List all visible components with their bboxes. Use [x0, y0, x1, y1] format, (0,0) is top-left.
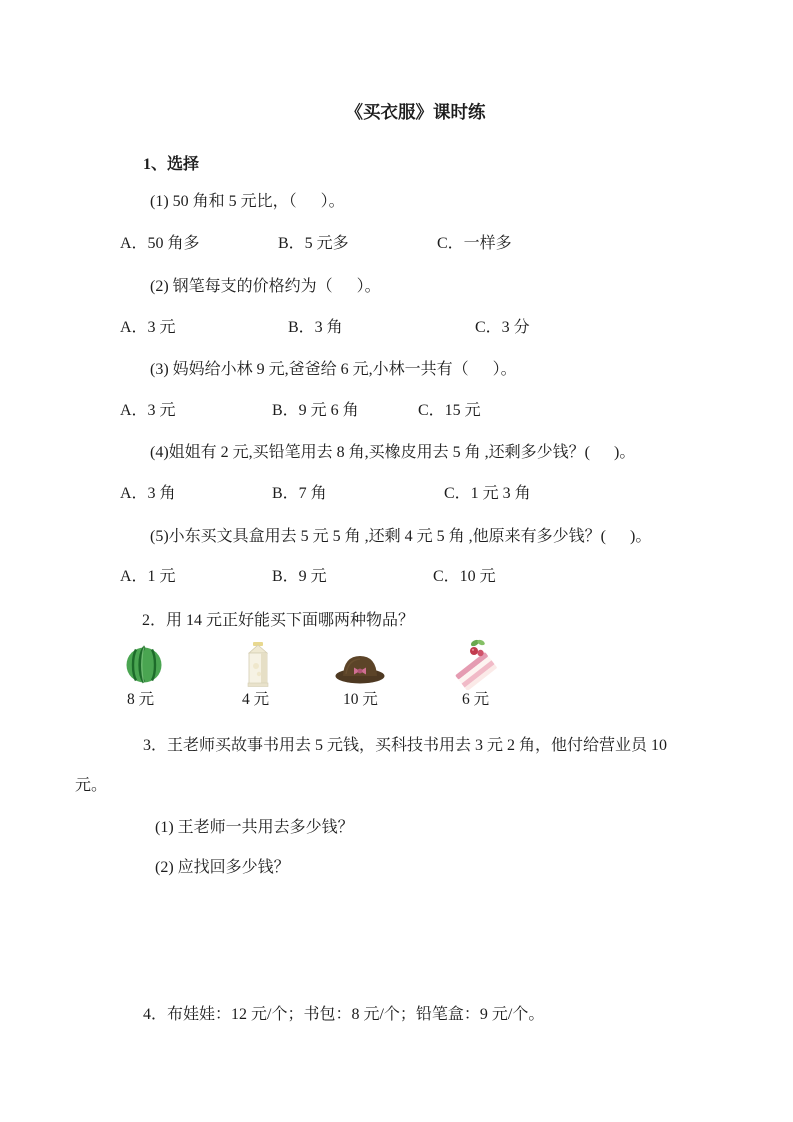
- question-5-text: (5)小东买文具盒用去 5 元 5 角 ,还剩 4 元 5 角 ,他原来有多少钱…: [150, 528, 651, 546]
- section3-subquestion-2: (2) 应找回多少钱？: [155, 859, 290, 877]
- option-a: A．50 角多: [120, 235, 200, 253]
- hat-price: 10 元: [343, 691, 378, 709]
- section3-intro-line1: 3．王老师买故事书用去 5 元钱，买科技书用去 3 元 2 角，他付给营业员 1…: [143, 737, 667, 755]
- option-b: B．9 元 6 角: [272, 402, 359, 420]
- worksheet-page: 《买衣服》课时练 1、选择 (1) 50 角和 5 元比，（ ）。 A．50 角…: [0, 0, 793, 1122]
- section2-heading: 2．用 14 元正好能买下面哪两种物品？: [142, 612, 414, 630]
- section4-text: 4．布娃娃：12 元/个；书包：8 元/个；铅笔盒：9 元/个。: [143, 1006, 544, 1024]
- watermelon-price: 8 元: [127, 691, 154, 709]
- cake-icon: [453, 636, 497, 695]
- option-b: B．3 角: [288, 319, 343, 337]
- watermelon-icon: [124, 644, 164, 689]
- option-c: C．3 分: [475, 319, 530, 337]
- question-2-text: (2) 钢笔每支的价格约为（ ）。: [150, 278, 381, 296]
- option-c: C．15 元: [418, 402, 481, 420]
- option-b: B．9 元: [272, 568, 327, 586]
- section1-heading: 1、选择: [143, 156, 199, 174]
- question-4-text: (4)姐姐有 2 元,买铅笔用去 8 角,买橡皮用去 5 角 ,还剩多少钱？( …: [150, 444, 635, 462]
- option-a: A．3 角: [120, 485, 176, 503]
- option-a: A．3 元: [120, 402, 176, 420]
- hat-icon: [334, 649, 386, 690]
- option-c: C．1 元 3 角: [444, 485, 531, 503]
- question-1-text: (1) 50 角和 5 元比，（ ）。: [150, 193, 345, 211]
- option-b: B．7 角: [272, 485, 327, 503]
- option-b: B．5 元多: [278, 235, 349, 253]
- option-a: A．3 元: [120, 319, 176, 337]
- option-c: C．一样多: [437, 235, 512, 253]
- section3-subquestion-1: (1) 王老师一共用去多少钱？: [155, 819, 354, 837]
- milk-carton-icon: [245, 641, 271, 694]
- question-3-text: (3) 妈妈给小林 9 元,爸爸给 6 元,小林一共有（ ）。: [150, 361, 517, 379]
- section3-intro-line2: 元。: [75, 777, 107, 795]
- cake-price: 6 元: [462, 691, 489, 709]
- option-c: C．10 元: [433, 568, 496, 586]
- page-title: 《买衣服》课时练: [0, 103, 793, 121]
- option-a: A．1 元: [120, 568, 176, 586]
- milk-price: 4 元: [242, 691, 269, 709]
